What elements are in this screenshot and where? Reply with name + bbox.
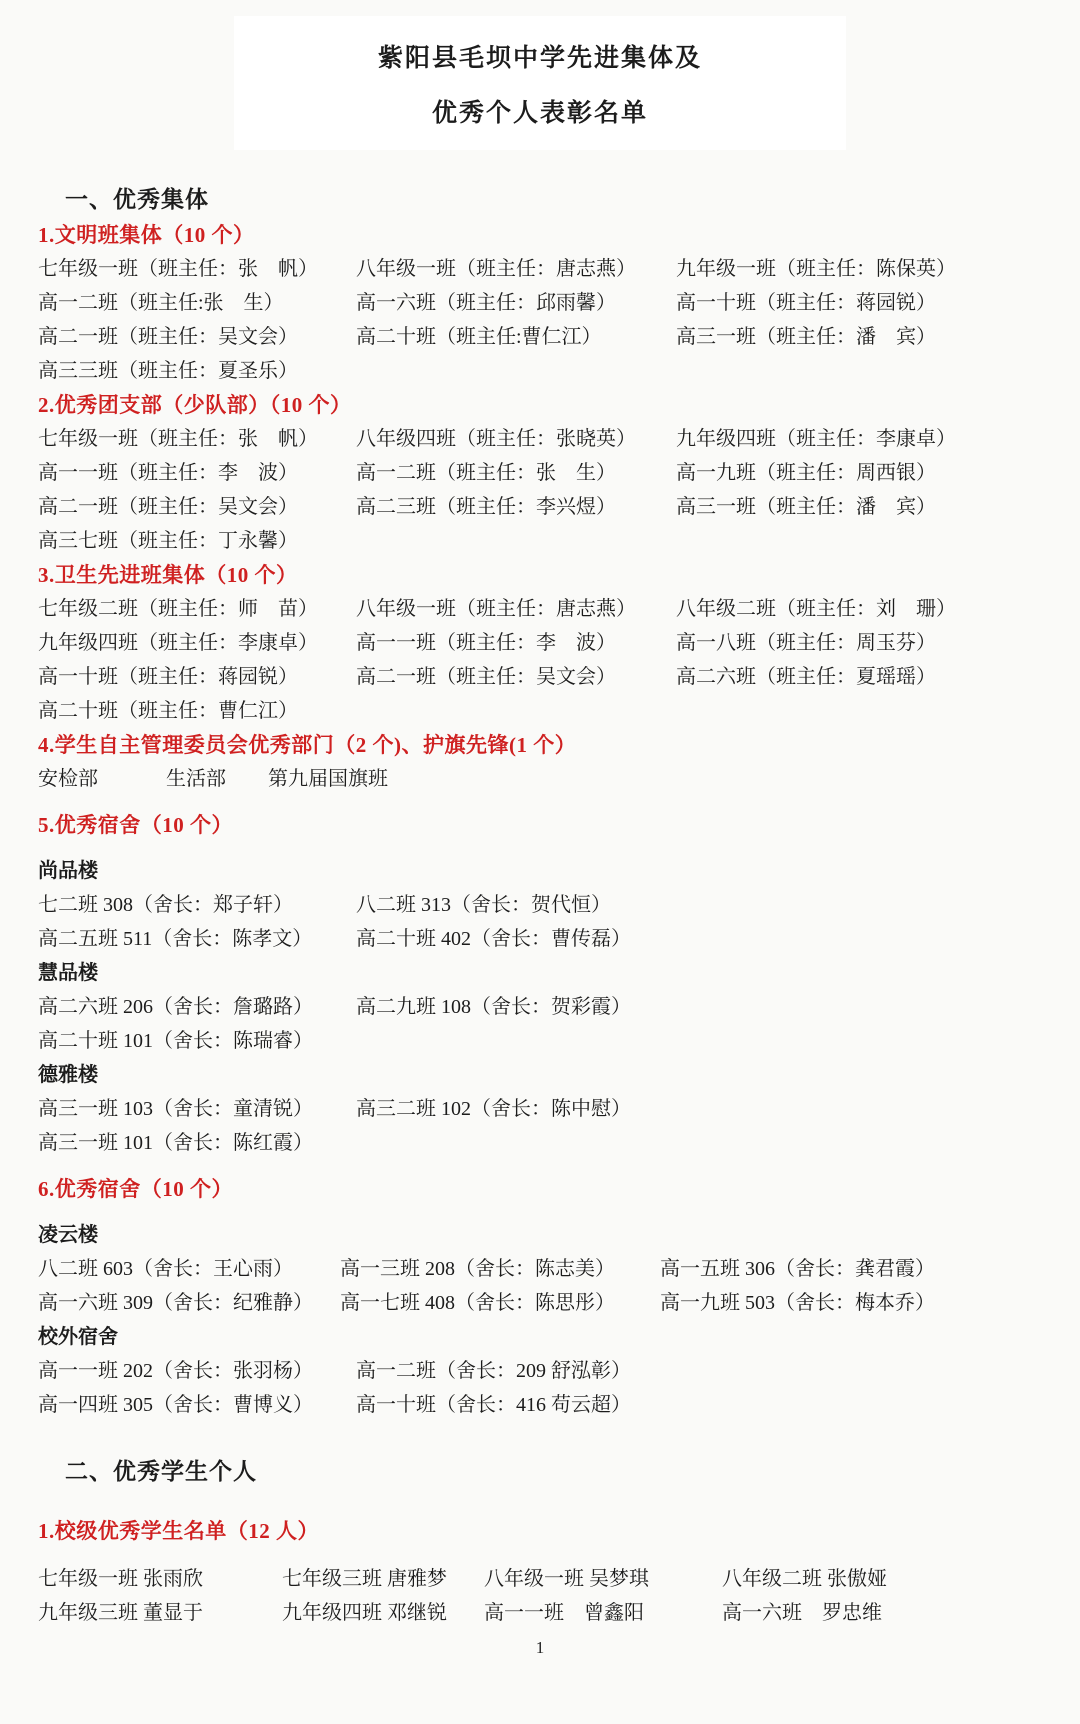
building-subheading: 尚品楼 — [38, 854, 1042, 888]
list-entry: 高二五班 511（舍长：陈孝文） — [38, 922, 356, 956]
list-row: 九年级三班 董显于九年级四班 邓继锐高一一班 曾鑫阳高一六班 罗忠维 — [38, 1596, 1042, 1630]
list-entry: 九年级四班（班主任：李康卓） — [38, 626, 356, 660]
list-row: 高一六班 309（舍长：纪雅静）高一七班 408（舍长：陈思彤）高一九班 503… — [38, 1286, 1042, 1320]
building-subheading: 校外宿舍 — [38, 1320, 1042, 1354]
list-row: 高二一班（班主任：吴文会）高二十班（班主任:曹仁江）高三一班（班主任：潘 宾） — [38, 320, 1042, 354]
list-entry: 生活部 — [166, 762, 268, 796]
list-entry: 高二一班（班主任：吴文会） — [356, 660, 676, 694]
list-row: 七年级一班（班主任：张 帆）八年级四班（班主任：张晓英）九年级四班（班主任：李康… — [38, 422, 1042, 456]
list-entry: 高一九班（班主任：周西银） — [676, 456, 1042, 490]
section-heading: 1.校级优秀学生名单（12 人） — [38, 1514, 1042, 1548]
list-entry: 七年级三班 唐雅梦 — [282, 1562, 484, 1596]
document-title-block: 紫阳县毛坝中学先进集体及 优秀个人表彰名单 — [234, 16, 846, 150]
list-entry: 八年级一班（班主任：唐志燕） — [356, 592, 676, 626]
building-subheading: 德雅楼 — [38, 1058, 1042, 1092]
list-entry: 八年级一班（班主任：唐志燕） — [356, 252, 676, 286]
document-title-line2: 优秀个人表彰名单 — [234, 101, 846, 126]
list-entry: 高二六班 206（舍长：詹璐路） — [38, 990, 356, 1024]
list-entry: 高一六班 罗忠维 — [722, 1596, 1042, 1630]
list-entry: 高二十班 101（舍长：陈瑞睿） — [38, 1024, 356, 1058]
building-subheading: 慧品楼 — [38, 956, 1042, 990]
list-entry: 七年级二班（班主任：师 苗） — [38, 592, 356, 626]
list-entry: 七二班 308（舍长：郑子轩） — [38, 888, 356, 922]
list-entry: 高一三班 208（舍长：陈志美） — [340, 1252, 660, 1286]
list-entry: 高一十班（班主任：蒋园锐） — [38, 660, 356, 694]
list-entry: 高一一班（班主任：李 波） — [38, 456, 356, 490]
list-entry: 高一一班（班主任：李 波） — [356, 626, 676, 660]
building-subheading: 凌云楼 — [38, 1218, 1042, 1252]
list-entry: 高三一班（班主任：潘 宾） — [676, 320, 1042, 354]
list-entry: 高二九班 108（舍长：贺彩霞） — [356, 990, 1042, 1024]
list-entry: 八年级二班（班主任：刘 珊） — [676, 592, 1042, 626]
list-row: 高二十班 101（舍长：陈瑞睿） — [38, 1024, 1042, 1058]
list-entry: 九年级四班（班主任：李康卓） — [676, 422, 1042, 456]
list-entry: 九年级三班 董显于 — [38, 1596, 282, 1630]
list-entry: 高三一班 103（舍长：童清锐） — [38, 1092, 356, 1126]
section-heading: 4.学生自主管理委员会优秀部门（2 个)、护旗先锋(1 个） — [38, 728, 1042, 762]
list-entry: 高三二班 102（舍长：陈中慰） — [356, 1092, 1042, 1126]
section-heading: 3.卫生先进班集体（10 个） — [38, 558, 1042, 592]
list-entry: 高二十班 402（舍长：曹传磊） — [356, 922, 1042, 956]
list-row: 高二六班 206（舍长：詹璐路）高二九班 108（舍长：贺彩霞） — [38, 990, 1042, 1024]
list-row: 高二十班（班主任：曹仁江） — [38, 694, 1042, 728]
list-entry: 高一七班 408（舍长：陈思彤） — [340, 1286, 660, 1320]
list-entry: 高一二班（班主任：张 生） — [356, 456, 676, 490]
list-row: 高一四班 305（舍长：曹博义）高一十班（舍长：416 苟云超） — [38, 1388, 1042, 1422]
list-entry: 高一十班（班主任：蒋园锐） — [676, 286, 1042, 320]
list-entry: 九年级四班 邓继锐 — [282, 1596, 484, 1630]
section-heading: 1.文明班集体（10 个） — [38, 218, 1042, 252]
list-row: 高一十班（班主任：蒋园锐）高二一班（班主任：吴文会）高二六班（班主任：夏瑶瑶） — [38, 660, 1042, 694]
list-row: 高二一班（班主任：吴文会）高二三班（班主任：李兴煜）高三一班（班主任：潘 宾） — [38, 490, 1042, 524]
list-row: 高三一班 103（舍长：童清锐）高三二班 102（舍长：陈中慰） — [38, 1092, 1042, 1126]
list-entry: 八二班 603（舍长：王心雨） — [38, 1252, 340, 1286]
list-entry: 八年级二班 张傲娅 — [722, 1562, 1042, 1596]
list-row: 七年级二班（班主任：师 苗）八年级一班（班主任：唐志燕）八年级二班（班主任：刘 … — [38, 592, 1042, 626]
list-row: 高三七班（班主任：丁永馨） — [38, 524, 1042, 558]
list-row: 高三一班 101（舍长：陈红霞） — [38, 1126, 1042, 1160]
section-heading: 6.优秀宿舍（10 个） — [38, 1172, 1042, 1206]
list-entry: 七年级一班 张雨欣 — [38, 1562, 282, 1596]
list-entry: 高二三班（班主任：李兴煜） — [356, 490, 676, 524]
list-entry: 高一六班 309（舍长：纪雅静） — [38, 1286, 340, 1320]
list-entry: 高三一班 101（舍长：陈红霞） — [38, 1126, 356, 1160]
list-entry: 高一五班 306（舍长：龚君霞） — [660, 1252, 1042, 1286]
list-entry: 第九届国旗班 — [268, 762, 1042, 796]
part-heading: 一、优秀集体 — [38, 182, 1042, 218]
page-number: 1 — [0, 1638, 1080, 1658]
section-heading: 5.优秀宿舍（10 个） — [38, 808, 1042, 842]
list-row: 八二班 603（舍长：王心雨）高一三班 208（舍长：陈志美）高一五班 306（… — [38, 1252, 1042, 1286]
list-entry: 高一六班（班主任：邱雨馨） — [356, 286, 676, 320]
list-row: 七二班 308（舍长：郑子轩）八二班 313（舍长：贺代恒） — [38, 888, 1042, 922]
list-entry: 八年级四班（班主任：张晓英） — [356, 422, 676, 456]
list-row: 七年级一班 张雨欣七年级三班 唐雅梦八年级一班 吴梦琪八年级二班 张傲娅 — [38, 1562, 1042, 1596]
list-entry: 高二十班（班主任：曹仁江） — [38, 694, 356, 728]
list-entry: 高一一班 曾鑫阳 — [484, 1596, 722, 1630]
list-row: 九年级四班（班主任：李康卓）高一一班（班主任：李 波）高一八班（班主任：周玉芬） — [38, 626, 1042, 660]
list-entry: 安检部 — [38, 762, 166, 796]
part-heading: 二、优秀学生个人 — [38, 1454, 1042, 1490]
list-entry: 七年级一班（班主任：张 帆） — [38, 252, 356, 286]
section-heading: 2.优秀团支部（少队部）（10 个） — [38, 388, 1042, 422]
list-entry: 高二六班（班主任：夏瑶瑶） — [676, 660, 1042, 694]
list-row: 高一二班（班主任:张 生）高一六班（班主任：邱雨馨）高一十班（班主任：蒋园锐） — [38, 286, 1042, 320]
list-entry: 高一八班（班主任：周玉芬） — [676, 626, 1042, 660]
list-row: 高一一班 202（舍长：张羽杨）高一二班（舍长：209 舒泓彰） — [38, 1354, 1042, 1388]
list-entry: 高一四班 305（舍长：曹博义） — [38, 1388, 356, 1422]
list-entry: 八二班 313（舍长：贺代恒） — [356, 888, 1042, 922]
list-entry: 高一二班（舍长：209 舒泓彰） — [356, 1354, 1042, 1388]
document-title-line1: 紫阳县毛坝中学先进集体及 — [234, 46, 846, 71]
list-entry: 高三一班（班主任：潘 宾） — [676, 490, 1042, 524]
list-entry: 九年级一班（班主任：陈保英） — [676, 252, 1042, 286]
list-row: 七年级一班（班主任：张 帆）八年级一班（班主任：唐志燕）九年级一班（班主任：陈保… — [38, 252, 1042, 286]
list-row: 安检部生活部第九届国旗班 — [38, 762, 1042, 796]
list-entry: 高二一班（班主任：吴文会） — [38, 490, 356, 524]
list-entry: 高二一班（班主任：吴文会） — [38, 320, 356, 354]
list-entry: 高一一班 202（舍长：张羽杨） — [38, 1354, 356, 1388]
list-entry: 八年级一班 吴梦琪 — [484, 1562, 722, 1596]
list-entry: 七年级一班（班主任：张 帆） — [38, 422, 356, 456]
list-entry: 高二十班（班主任:曹仁江） — [356, 320, 676, 354]
list-row: 高二五班 511（舍长：陈孝文）高二十班 402（舍长：曹传磊） — [38, 922, 1042, 956]
document-body: 一、优秀集体1.文明班集体（10 个）七年级一班（班主任：张 帆）八年级一班（班… — [0, 182, 1080, 1630]
list-entry: 高三七班（班主任：丁永馨） — [38, 524, 356, 558]
list-entry: 高一十班（舍长：416 苟云超） — [356, 1388, 1042, 1422]
list-entry: 高一二班（班主任:张 生） — [38, 286, 356, 320]
list-entry: 高一九班 503（舍长：梅本乔） — [660, 1286, 1042, 1320]
list-entry: 高三三班（班主任：夏圣乐） — [38, 354, 356, 388]
list-row: 高一一班（班主任：李 波）高一二班（班主任：张 生）高一九班（班主任：周西银） — [38, 456, 1042, 490]
list-row: 高三三班（班主任：夏圣乐） — [38, 354, 1042, 388]
